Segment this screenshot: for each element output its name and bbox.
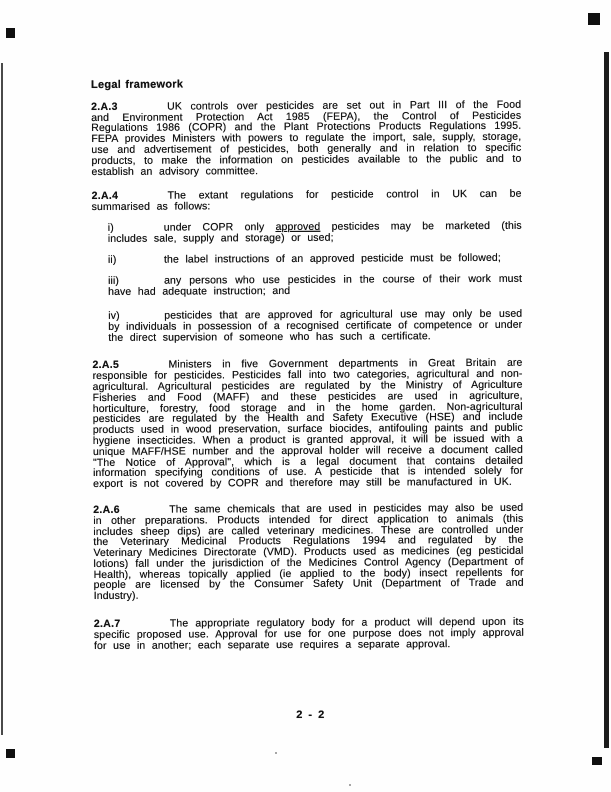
paragraph-2a5: 2.A.5Ministers in five Government depart… xyxy=(92,358,523,490)
scan-mark-bottom-left xyxy=(6,749,15,758)
list-marker: ii) xyxy=(108,254,164,265)
scan-edge-line-left xyxy=(1,63,3,735)
list-item-text: the label instructions of an approved pe… xyxy=(164,251,501,265)
list-item-i: i)under COPR only approved pesticides ma… xyxy=(108,221,522,245)
scan-speck xyxy=(275,752,277,754)
section-heading: Legal framework xyxy=(91,78,521,91)
list-item-iv: iv)pesticides that are approved for agri… xyxy=(108,309,522,344)
paragraph-2a6: 2.A.6The same chemicals that are used in… xyxy=(93,503,524,602)
scan-mark-top-right xyxy=(588,13,600,25)
list-item-ii: ii)the label instructions of an approved… xyxy=(108,252,522,265)
scan-mark-bottom-right xyxy=(592,757,602,765)
paragraph-text: UK controls over pesticides are set out … xyxy=(91,99,521,178)
paragraph-text: The same chemicals that are used in pest… xyxy=(93,502,523,603)
page-number: 2 - 2 xyxy=(91,709,531,721)
scan-speck xyxy=(349,784,351,786)
list-item-text: any persons who use pesticides in the co… xyxy=(108,273,522,298)
list-item-iii: iii)any persons who use pesticides in th… xyxy=(108,274,522,298)
regulation-list: i)under COPR only approved pesticides ma… xyxy=(92,221,523,344)
scan-mark-top-left xyxy=(6,28,15,38)
list-item-text: under COPR only approved pesticides may … xyxy=(108,220,522,245)
document-page: Legal framework 2.A.3UK controls over pe… xyxy=(0,0,611,792)
paragraph-2a7: 2.A.7The appropriate regulatory body for… xyxy=(94,617,524,652)
paragraph-text: Ministers in five Government departments… xyxy=(93,357,524,490)
paragraph-2a4: 2.A.4The extant regulations for pesticid… xyxy=(92,189,522,213)
scan-edge-line-right xyxy=(604,52,609,748)
list-item-text: pesticides that are approved for agricul… xyxy=(108,308,522,344)
paragraph-2a3: 2.A.3UK controls over pesticides are set… xyxy=(91,100,521,178)
page-content: Legal framework 2.A.3UK controls over pe… xyxy=(91,78,524,662)
